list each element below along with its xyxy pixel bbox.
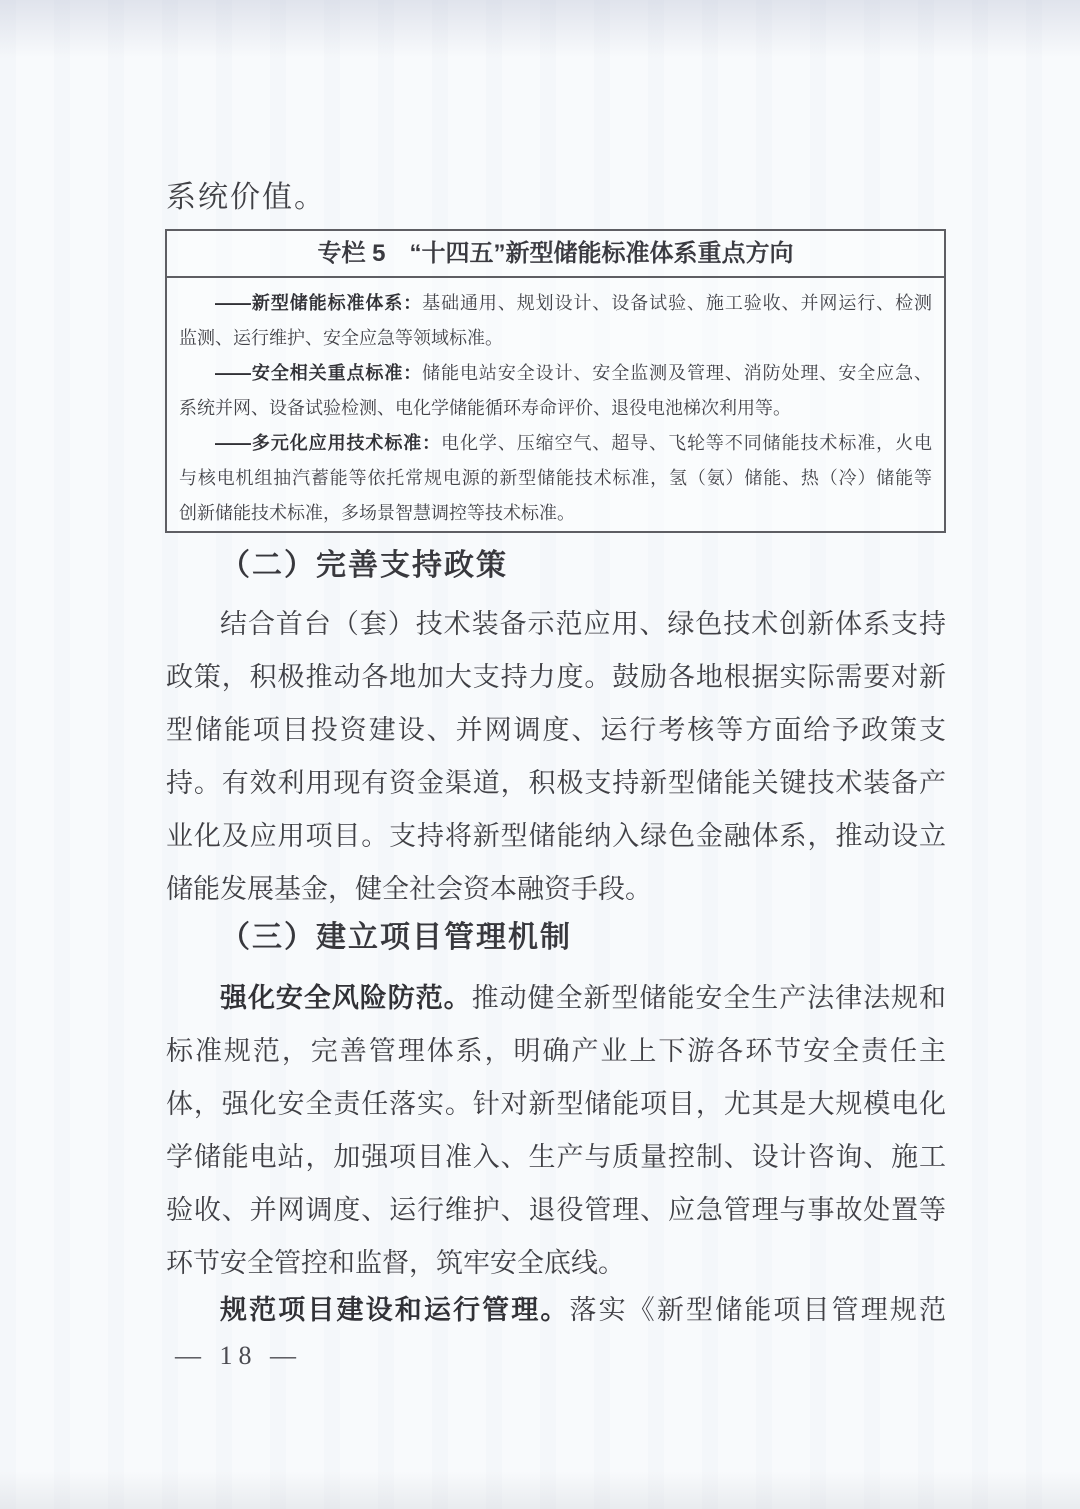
box-item-line: 创新储能技术标准，多场景智慧调控等技术标准。: [179, 496, 932, 531]
callout-box: 专栏 5 “十四五”新型储能标准体系重点方向 ——新型储能标准体系：基础通用、规…: [165, 229, 946, 533]
box-item-lead: ——新型储能标准体系：: [215, 293, 422, 313]
paragraph-line: 环节安全管控和监督，筑牢安全底线。: [166, 1237, 946, 1290]
paragraph-line: 规范项目建设和运行管理。落实《新型储能项目管理规范: [166, 1284, 946, 1337]
box-item-lead: ——多元化应用技术标准：: [215, 433, 441, 453]
box-item-standard-system: ——新型储能标准体系：基础通用、规划设计、设备试验、施工验收、并网运行、检测 监…: [179, 286, 932, 356]
box-item-text: 储能电站安全设计、安全监测及管理、消防处理、安全应急、: [422, 363, 932, 383]
box-item-lead: ——安全相关重点标准：: [215, 363, 422, 383]
paragraph-safety-risk: 强化安全风险防范。推动健全新型储能安全生产法律法规和 标准规范，完善管理体系，明…: [166, 972, 946, 1290]
page-number: — 18 —: [175, 1341, 302, 1371]
paragraph-line: 标准规范，完善管理体系，明确产业上下游各环节安全责任主: [166, 1025, 946, 1078]
box-item-line: 系统并网、设备试验检测、电化学储能循环寿命评价、退役电池梯次利用等。: [179, 391, 932, 426]
paragraph-lead: 规范项目建设和运行管理。: [220, 1295, 570, 1325]
paragraph-lead: 强化安全风险防范。: [220, 983, 472, 1013]
box-item-line: 监测、运行维护、安全应急等领域标准。: [179, 321, 932, 356]
callout-box-title: 专栏 5 “十四五”新型储能标准体系重点方向: [167, 231, 944, 278]
box-item-line: ——多元化应用技术标准：电化学、压缩空气、超导、飞轮等不同储能技术标准，火电: [179, 426, 932, 461]
box-item-line: ——新型储能标准体系：基础通用、规划设计、设备试验、施工验收、并网运行、检测: [179, 286, 932, 321]
box-item-safety-standards: ——安全相关重点标准：储能电站安全设计、安全监测及管理、消防处理、安全应急、 系…: [179, 356, 932, 426]
document-page: 系统价值。 专栏 5 “十四五”新型储能标准体系重点方向 ——新型储能标准体系：…: [0, 0, 1080, 1509]
box-item-text: 电化学、压缩空气、超导、飞轮等不同储能技术标准，火电: [441, 433, 932, 453]
box-item-diverse-tech-standards: ——多元化应用技术标准：电化学、压缩空气、超导、飞轮等不同储能技术标准，火电 与…: [179, 426, 932, 531]
paragraph-line: 体，强化安全责任落实。针对新型储能项目，尤其是大规模电化: [166, 1078, 946, 1131]
paragraph-support-policy: 结合首台（套）技术装备示范应用、绿色技术创新体系支持 政策，积极推动各地加大支持…: [166, 598, 946, 916]
paragraph-line: 验收、并网调度、运行维护、退役管理、应急管理与事故处置等: [166, 1184, 946, 1237]
paragraph-line: 储能发展基金，健全社会资本融资手段。: [166, 863, 946, 916]
box-item-text: 基础通用、规划设计、设备试验、施工验收、并网运行、检测: [422, 293, 932, 313]
section-heading-project-management: （三）建立项目管理机制: [166, 918, 946, 958]
paragraph-line: 业化及应用项目。支持将新型储能纳入绿色金融体系，推动设立: [166, 810, 946, 863]
callout-box-body: ——新型储能标准体系：基础通用、规划设计、设备试验、施工验收、并网运行、检测 监…: [167, 278, 944, 531]
box-item-line: ——安全相关重点标准：储能电站安全设计、安全监测及管理、消防处理、安全应急、: [179, 356, 932, 391]
box-item-line: 与核电机组抽汽蓄能等依托常规电源的新型储能技术标准，氢（氨）储能、热（冷）储能等: [179, 461, 932, 496]
section-heading-improve-support-policy: （二）完善支持政策: [166, 546, 946, 586]
paragraph-text: 推动健全新型储能安全生产法律法规和: [472, 983, 946, 1013]
paragraph-project-regulation: 规范项目建设和运行管理。落实《新型储能项目管理规范: [166, 1284, 946, 1337]
paragraph-line: 政策，积极推动各地加大支持力度。鼓励各地根据实际需要对新: [166, 651, 946, 704]
paragraph-line: 型储能项目投资建设、并网调度、运行考核等方面给予政策支: [166, 704, 946, 757]
paragraph-line: 结合首台（套）技术装备示范应用、绿色技术创新体系支持: [166, 598, 946, 651]
paragraph-line: 学储能电站，加强项目准入、生产与质量控制、设计咨询、施工: [166, 1131, 946, 1184]
intro-text: 系统价值。: [166, 180, 946, 216]
paragraph-line: 强化安全风险防范。推动健全新型储能安全生产法律法规和: [166, 972, 946, 1025]
paragraph-text: 落实《新型储能项目管理规范: [570, 1295, 947, 1325]
paragraph-line: 持。有效利用现有资金渠道，积极支持新型储能关键技术装备产: [166, 757, 946, 810]
